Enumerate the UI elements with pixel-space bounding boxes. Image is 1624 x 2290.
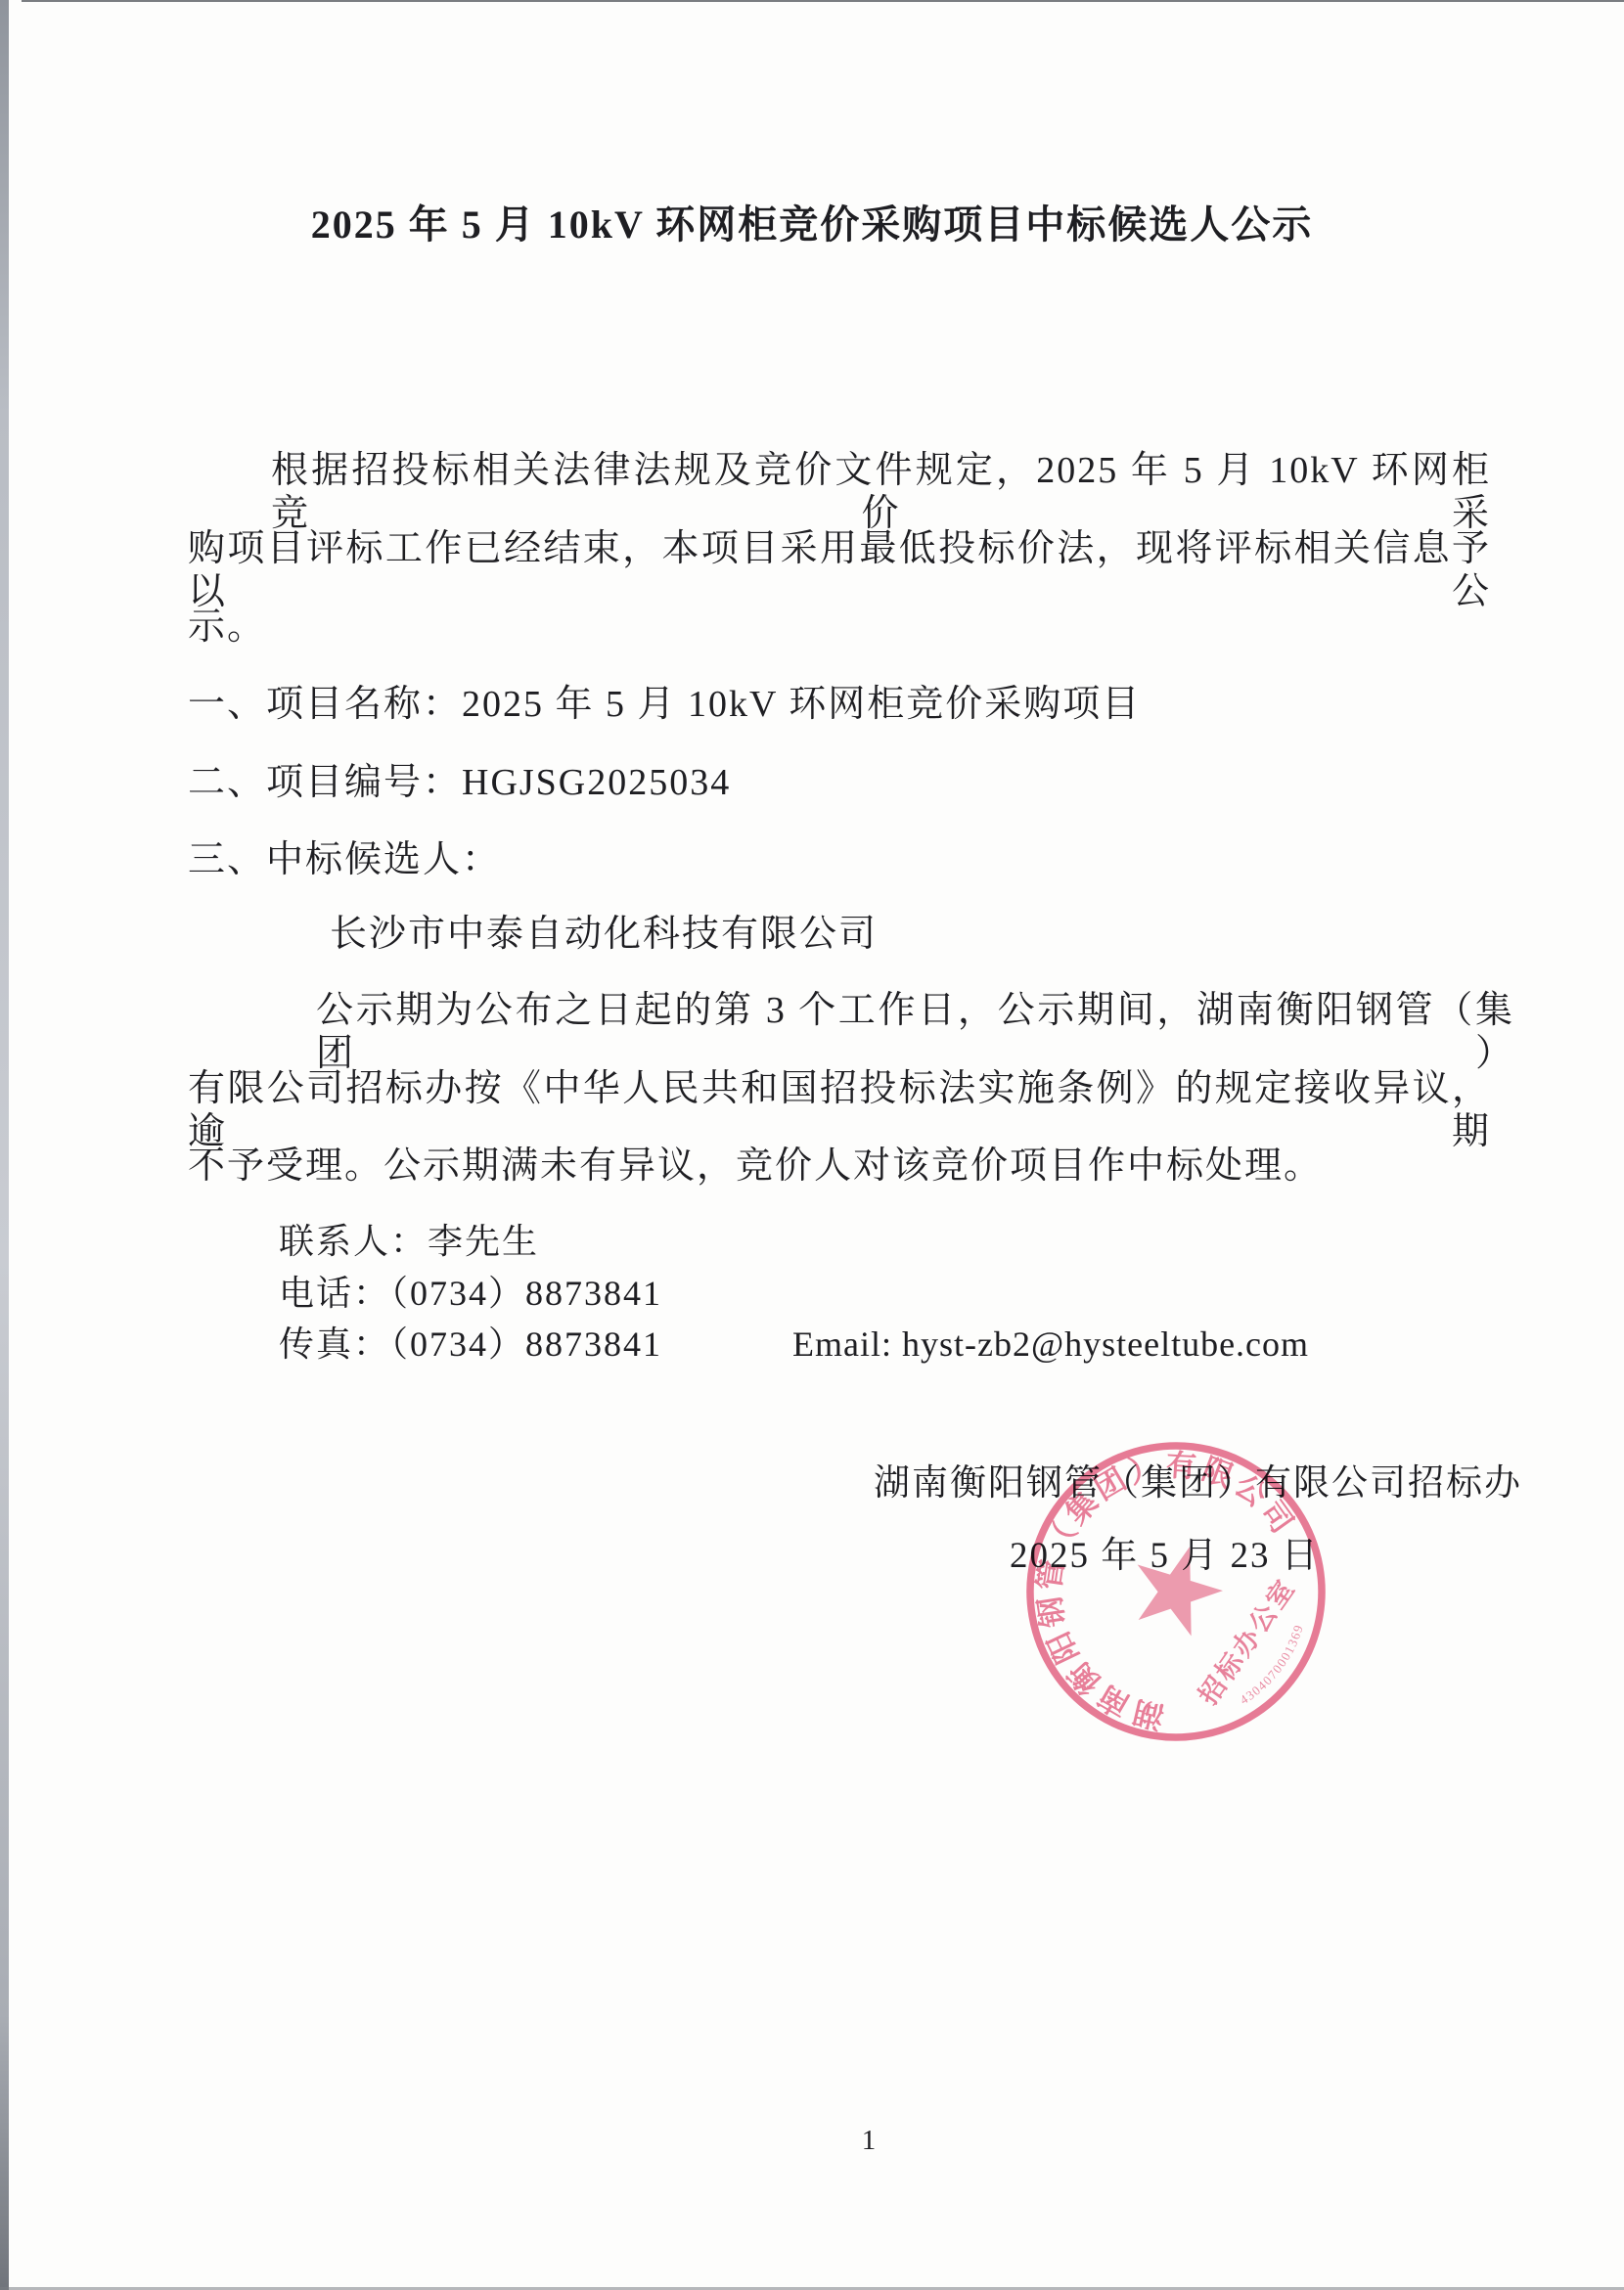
- intro-paragraph-line-2: 购项目评标工作已经结束，本项目采用最低投标价法，现将评标相关信息予以公: [188, 528, 1491, 613]
- seal-star-icon: [1111, 1528, 1233, 1650]
- scan-edge-top: [22, 0, 1624, 2]
- notice-paragraph-line-1: 公示期为公布之日起的第 3 个工作日，公示期间，湖南衡阳钢管（集团）: [316, 990, 1514, 1075]
- notice-paragraph-line-2: 有限公司招标办按《中华人民共和国招投标法实施条例》的规定接收异议，逾期: [188, 1068, 1491, 1153]
- official-seal-stamp: 湖南衡阳钢管（集团）有限公司 招标办公室 4304070001369: [958, 1373, 1394, 1810]
- contact-email: Email: hyst-zb2@hysteeltube.com: [792, 1325, 1309, 1365]
- item-candidates-heading: 三、中标候选人：: [188, 839, 501, 882]
- item-project-number: 二、项目编号：HGJSG2025034: [188, 762, 731, 805]
- intro-paragraph-line-3: 示。: [188, 606, 266, 650]
- winning-candidate-name: 长沙市中泰自动化科技有限公司: [330, 914, 878, 957]
- contact-phone: 电话：（0734）8873841: [279, 1274, 662, 1314]
- scan-edge-left: [0, 0, 9, 2290]
- page-number: 1: [839, 2125, 898, 2157]
- intro-paragraph-line-1: 根据招投标相关法律法规及竞价文件规定，2025 年 5 月 10kV 环网柜竞价…: [271, 450, 1491, 535]
- item-project-name: 一、项目名称：2025 年 5 月 10kV 环网柜竞价采购项目: [188, 684, 1141, 727]
- notice-paragraph-line-3: 不予受理。公示期满未有异议，竞价人对该竞价项目作中标处理。: [188, 1145, 1323, 1189]
- contact-fax: 传真：（0734）8873841: [279, 1325, 662, 1365]
- document-page: 2025 年 5 月 10kV 环网柜竞价采购项目中标候选人公示 根据招投标相关…: [0, 0, 1624, 2290]
- official-seal-svg: 湖南衡阳钢管（集团）有限公司 招标办公室 4304070001369: [958, 1373, 1394, 1810]
- contact-person: 联系人：李先生: [279, 1222, 539, 1262]
- document-title: 2025 年 5 月 10kV 环网柜竞价采购项目中标候选人公示: [160, 194, 1464, 249]
